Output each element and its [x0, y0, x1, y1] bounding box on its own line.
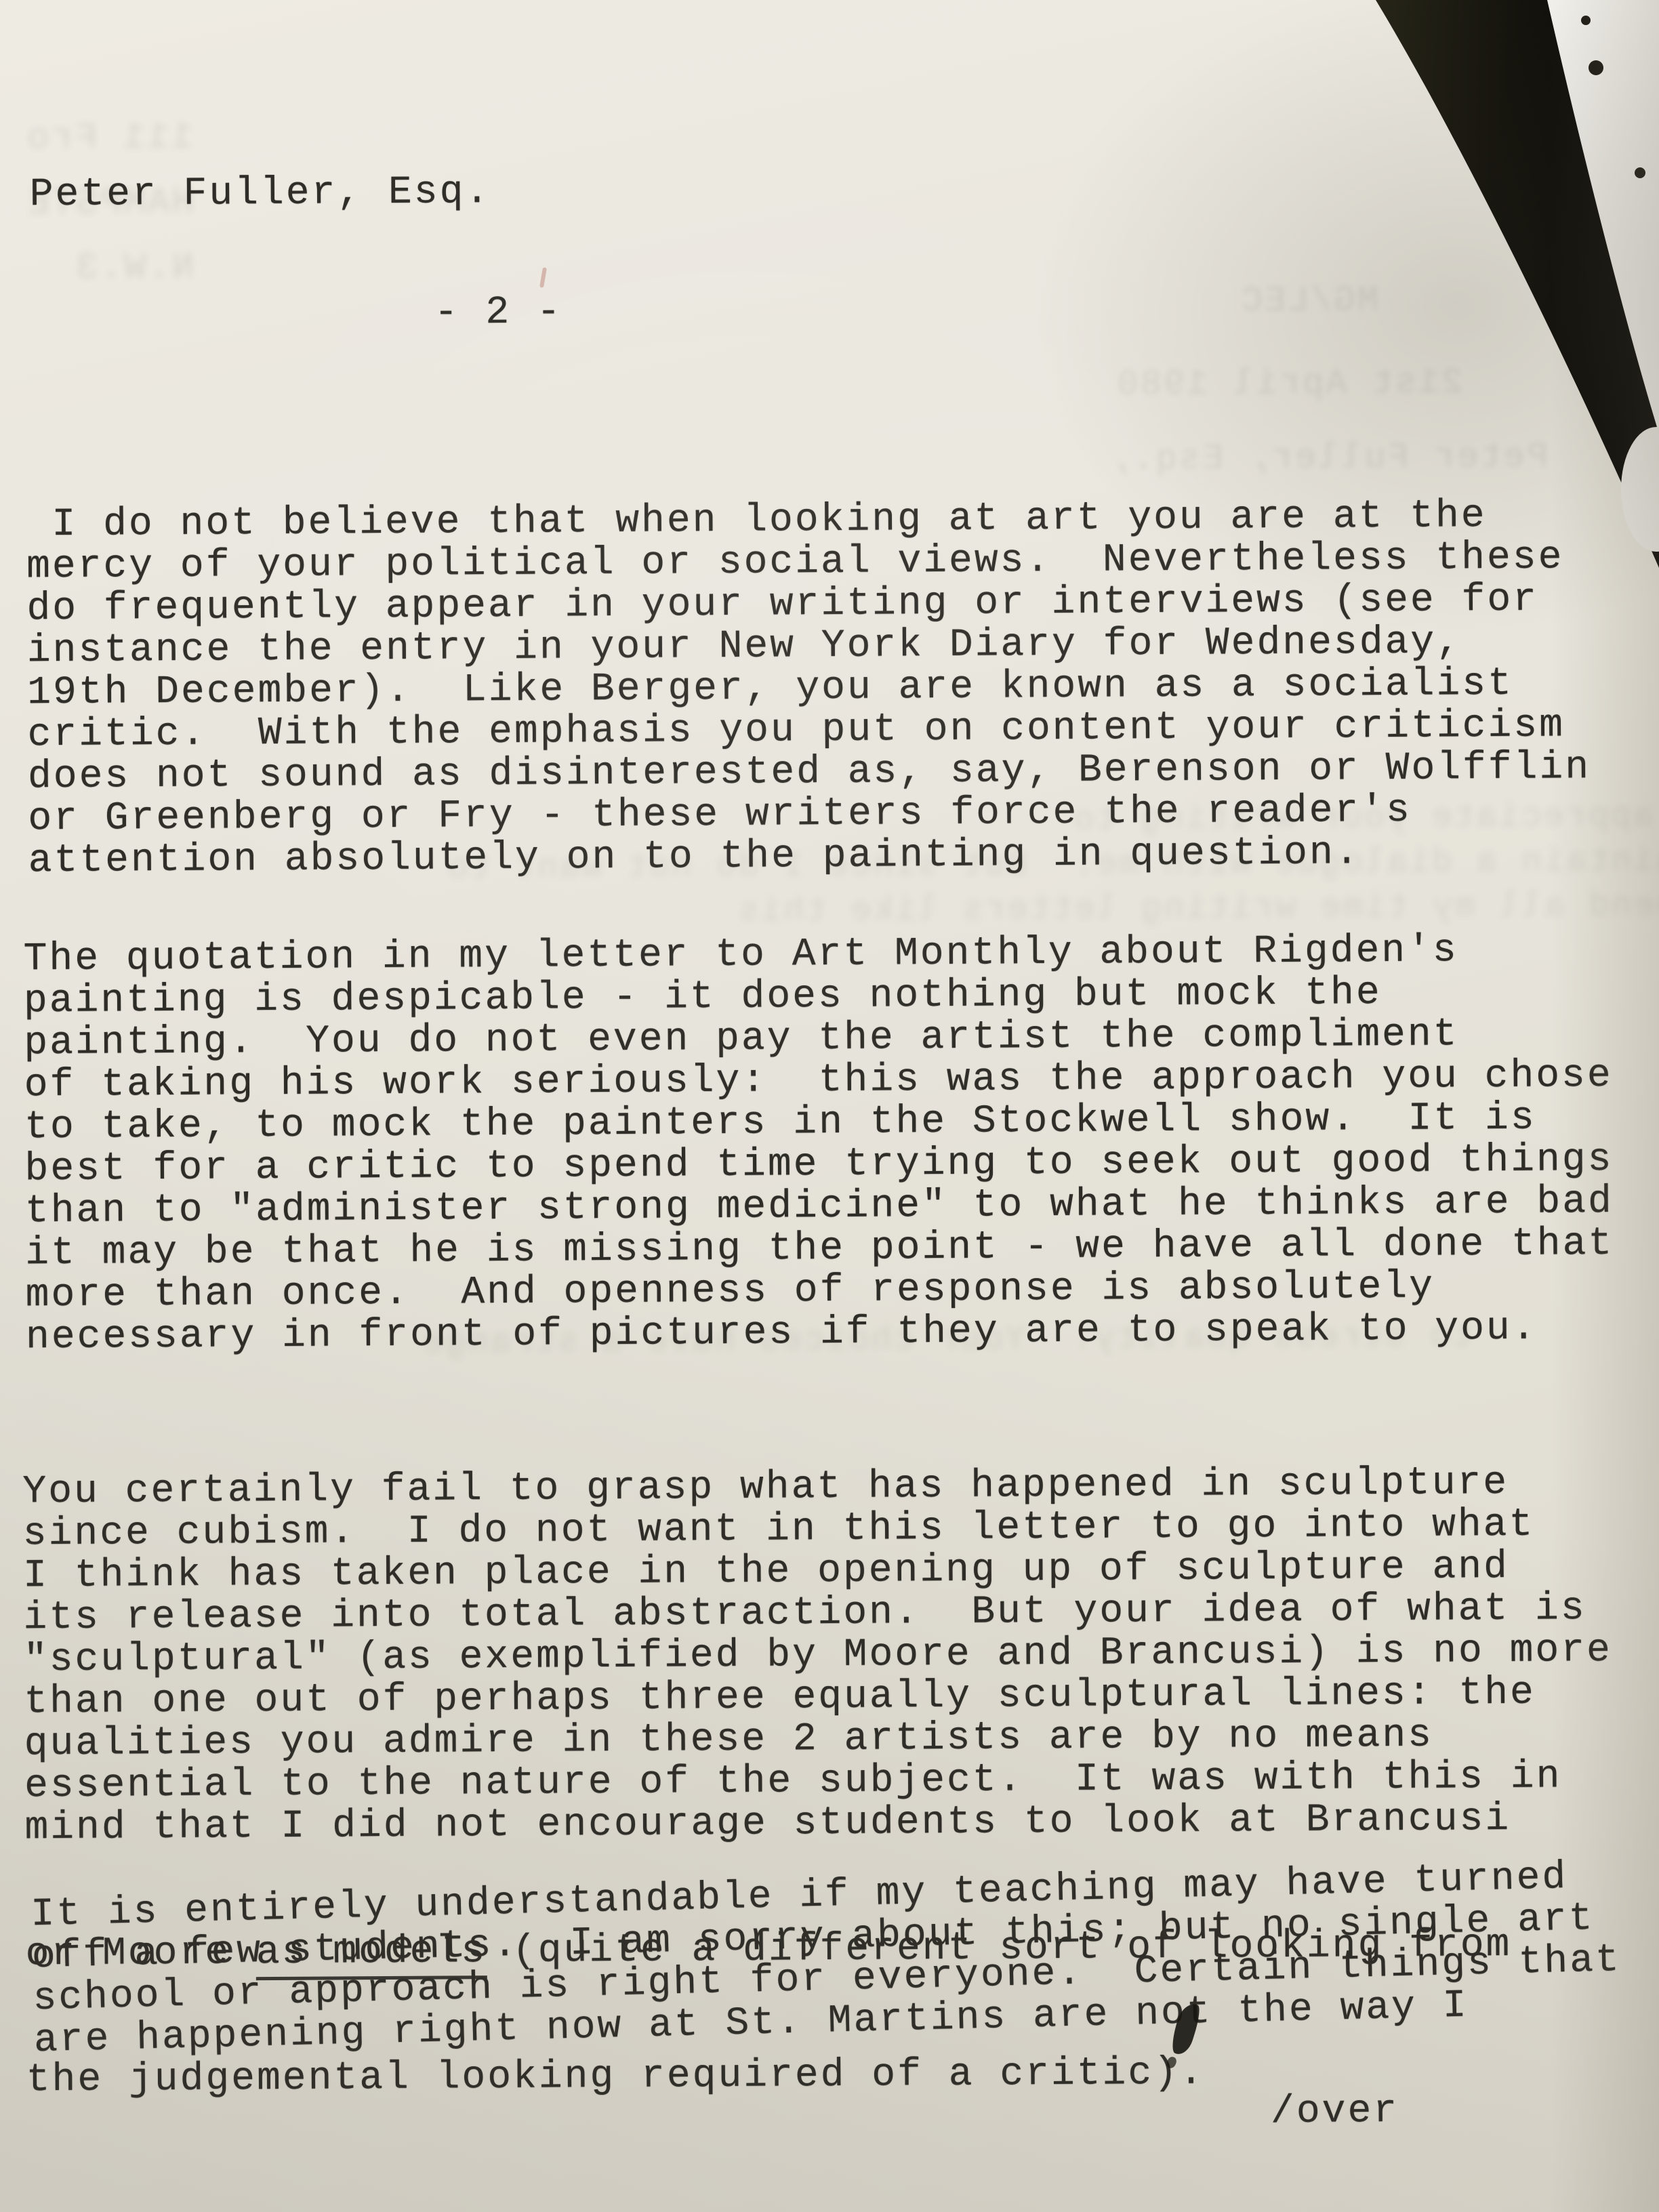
over-marker: /over	[1271, 2091, 1399, 2133]
paragraph-2: The quotation in my letter to Art Monthl…	[23, 929, 1614, 1359]
bleedthrough-text: 21st April 1980	[1115, 362, 1462, 406]
page-number: - 2 -	[434, 291, 562, 334]
bleedthrough-text: Peter Fuller, Esq.,	[1107, 436, 1548, 481]
paragraph-3-lines: You certainly fail to grasp what has hap…	[22, 1462, 1613, 1849]
paragraph-1: I do not believe that when looking at ar…	[26, 495, 1592, 882]
bleedthrough-text: MG/LEC	[1240, 280, 1379, 323]
recipient-name: Peter Fuller, Esq.	[30, 171, 491, 216]
paragraph-3: You certainly fail to grasp what has hap…	[22, 1378, 1616, 2186]
letter-photo: 111 Fro HAMPSTE N.W.3 MG/LEC 21st April …	[0, 0, 1659, 2212]
paper-sheet: 111 Fro HAMPSTE N.W.3 MG/LEC 21st April …	[0, 0, 1659, 2212]
red-speck	[539, 267, 547, 288]
